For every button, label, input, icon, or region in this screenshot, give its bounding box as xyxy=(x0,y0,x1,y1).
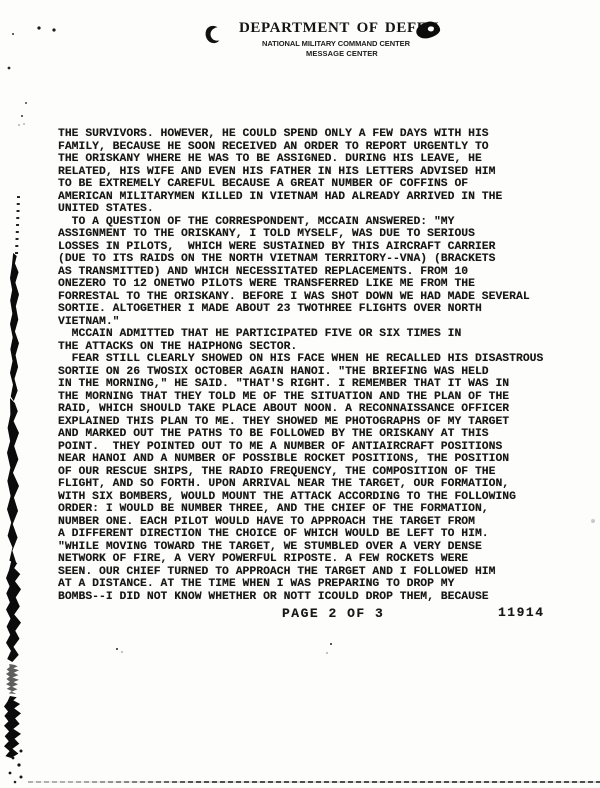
scan-edge-streak-artifact xyxy=(4,696,21,758)
document-text-line: (DUE TO ITS RAIDS ON THE NORTH VIETNAM T… xyxy=(58,253,543,266)
document-text-line: WITH SIX BOMBERS, WOULD MOUNT THE ATTACK… xyxy=(58,491,543,504)
scan-edge-streak-artifact xyxy=(7,398,19,564)
document-text-line: EXPLAINED THIS PLAN TO ME. THEY SHOWED M… xyxy=(58,416,543,429)
scan-edge-streak-artifact xyxy=(10,253,19,401)
scan-speckle-artifacts xyxy=(0,0,2,2)
scan-dot-trail-artifact xyxy=(15,196,20,256)
document-text-line: AMERICAN MILITARYMEN KILLED IN VIETNAM H… xyxy=(58,191,543,204)
document-text-line: UNITED STATES. xyxy=(58,203,543,216)
document-text-line: SORTIE. ALTOGETHER I MADE ABOUT 23 TWOTH… xyxy=(58,303,543,316)
header-subtitle-command-center: NATIONAL MILITARY COMMAND CENTER xyxy=(262,39,410,48)
document-text-line: MCCAIN ADMITTED THAT HE PARTICIPATED FIV… xyxy=(58,328,543,341)
scan-edge-streak-artifact xyxy=(6,561,21,662)
document-text-line: THE SURVIVORS. HOWEVER, HE COULD SPEND O… xyxy=(58,128,543,141)
document-text-line: A DIFFERENT DIRECTION THE CHOICE OF WHIC… xyxy=(58,528,543,541)
header-subtitle-message-center: MESSAGE CENTER xyxy=(306,49,378,58)
document-text-line: AND MARKED OUT THE PATHS TO BE FOLLOWED … xyxy=(58,428,543,441)
page-title: DEPARTMENT OF DEFEN xyxy=(239,20,439,37)
document-text-line: NUMBER ONE. EACH PILOT WOULD HAVE TO APP… xyxy=(58,516,543,529)
document-text-line: THE ORISKANY WHERE HE WAS TO BE ASSIGNED… xyxy=(58,153,543,166)
document-text-line: THE ATTACKS ON THE HAIPHONG SECTOR. xyxy=(58,341,543,354)
document-body: THE SURVIVORS. HOWEVER, HE COULD SPEND O… xyxy=(58,128,543,603)
document-text-line: THE MORNING THAT THEY TOLD ME OF THE SIT… xyxy=(58,391,543,404)
document-text-line: AT A DISTANCE. AT THE TIME WHEN I WAS PR… xyxy=(58,578,543,591)
document-text-line: SORTIE ON 26 TWOSIX OCTOBER AGAIN HANOI.… xyxy=(58,366,543,379)
document-number: 11914 xyxy=(498,605,545,620)
document-text-line: FLIGHT, AND SO FORTH. UPON ARRIVAL NEAR … xyxy=(58,478,543,491)
document-text-line: OF OUR RESCUE SHIPS, THE RADIO FREQUENCY… xyxy=(58,466,543,479)
document-text-line: IN THE MORNING," HE SAID. "THAT'S RIGHT.… xyxy=(58,378,543,391)
document-text-line: FEAR STILL CLEARLY SHOWED ON HIS FACE WH… xyxy=(58,353,543,366)
document-text-line: NETWORK OF FIRE, A VERY POWERFUL RIPOSTE… xyxy=(58,553,543,566)
document-text-line: VIETNAM." xyxy=(58,316,543,329)
scan-edge-streak-artifact xyxy=(6,664,19,694)
scan-bottom-edge-line xyxy=(28,781,600,783)
document-text-line: ASSIGNMENT TO THE ORISKANY, I TOLD MYSEL… xyxy=(58,228,543,241)
document-text-line: FORRESTAL TO THE ORISKANY. BEFORE I WAS … xyxy=(58,291,543,304)
document-text-line: ONEZERO TO 12 ONETWO PILOTS WERE TRANSFE… xyxy=(58,278,543,291)
crescent-stamp-icon xyxy=(204,24,222,45)
document-text-line: RELATED, HIS WIFE AND EVEN HIS FATHER IN… xyxy=(58,166,543,179)
document-text-line: POINT. THEY POINTED OUT TO ME A NUMBER O… xyxy=(58,441,543,454)
document-text-line: LOSSES IN PILOTS, WHICH WERE SUSTAINED B… xyxy=(58,241,543,254)
page-number-label: PAGE 2 OF 3 xyxy=(282,606,384,621)
document-text-line: BOMBS--I DID NOT KNOW WHETHER OR NOTT IC… xyxy=(58,591,543,604)
document-text-line: TO A QUESTION OF THE CORRESPONDENT, MCCA… xyxy=(58,216,543,229)
document-text-line: "WHILE MOVING TOWARD THE TARGET, WE STUM… xyxy=(58,541,543,554)
document-text-line: FAMILY, BECAUSE HE SOON RECEIVED AN ORDE… xyxy=(58,141,543,154)
document-text-line: SEEN. OUR CHIEF TURNED TO APPROACH THE T… xyxy=(58,566,543,579)
document-text-line: RAID, WHICH SHOULD TAKE PLACE ABOUT NOON… xyxy=(58,403,543,416)
document-text-line: TO BE EXTREMELY CAREFUL BECAUSE A GREAT … xyxy=(58,178,543,191)
document-text-line: AS TRANSMITTED) AND WHICH NECESSITATED R… xyxy=(58,266,543,279)
document-text-line: NEAR HANOI AND A NUMBER OF POSSIBLE ROCK… xyxy=(58,453,543,466)
scanned-document-page: DEPARTMENT OF DEFEN NATIONAL MILITARY CO… xyxy=(0,0,600,788)
document-text-line: ORDER: I WOULD BE NUMBER THREE, AND THE … xyxy=(58,503,543,516)
